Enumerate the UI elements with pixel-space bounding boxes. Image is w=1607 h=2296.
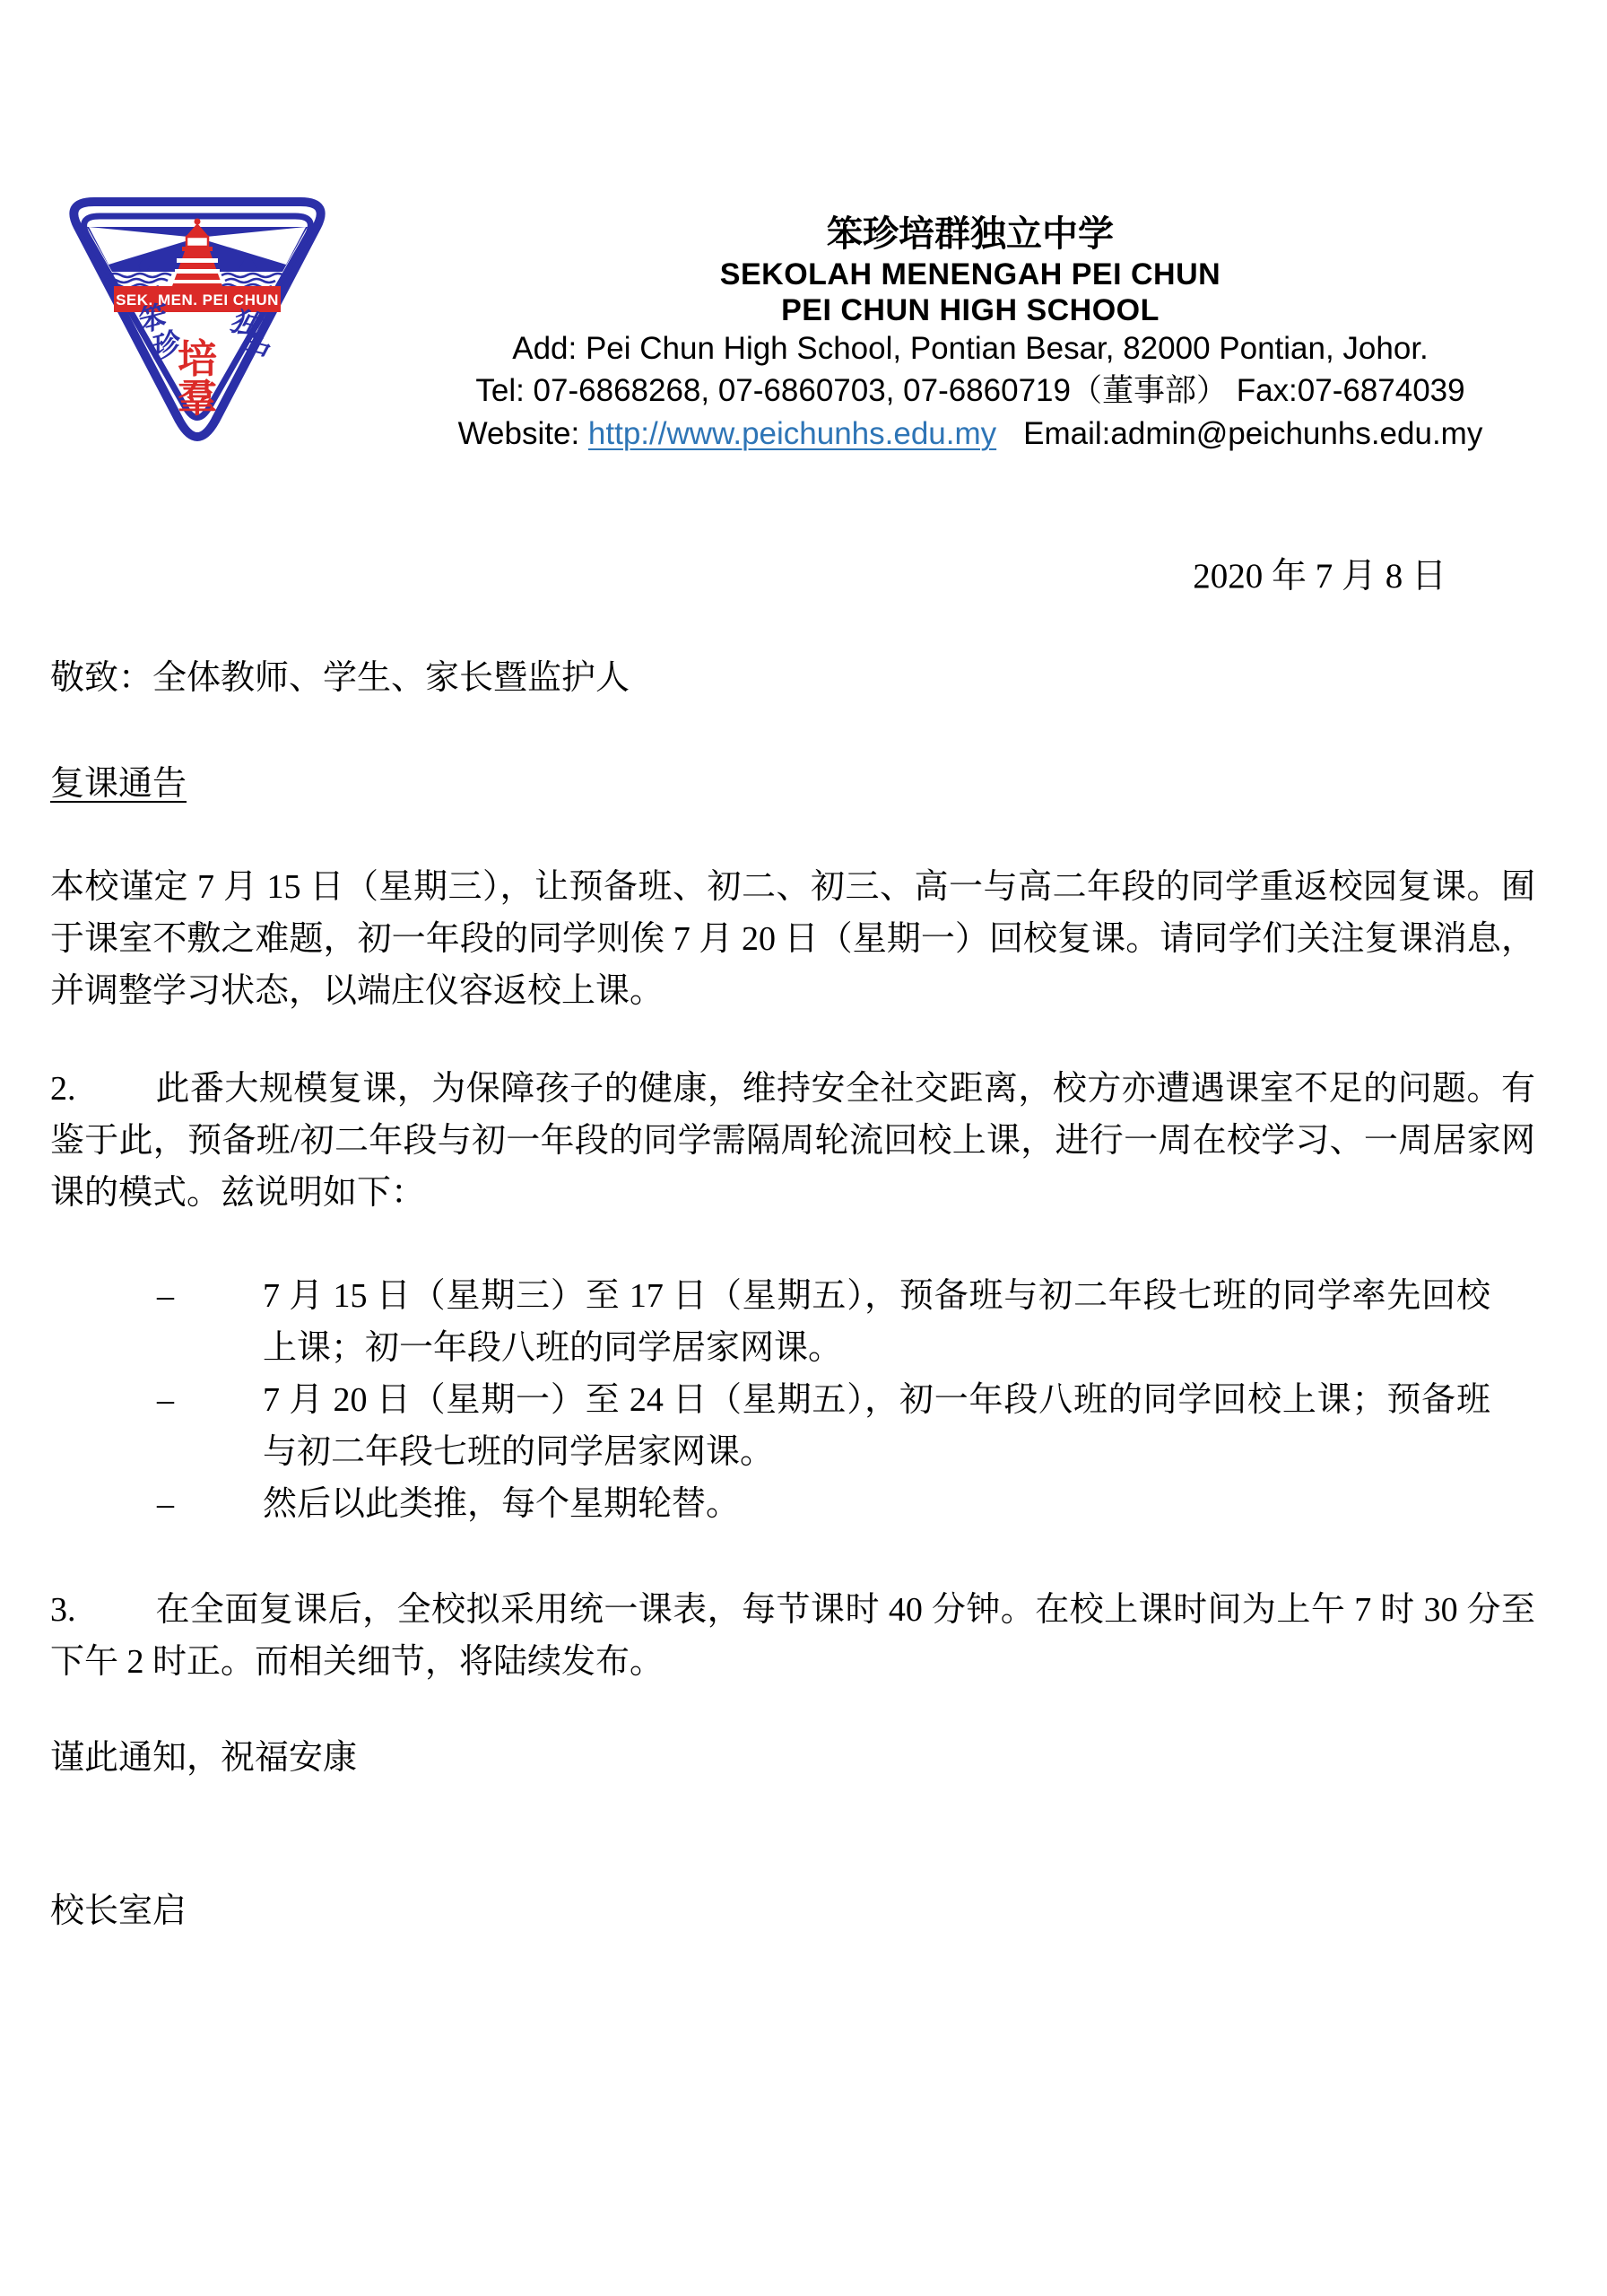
school-name-zh: 笨珍培群独立中学 xyxy=(377,212,1564,257)
schedule-list: – 7 月 15 日（星期三）至 17 日（星期五），预备班与初二年段七班的同学… xyxy=(50,1270,1535,1530)
paragraph-1: 本校谨定 7 月 15 日（星期三），让预备班、初二、初三、高一与高二年段的同学… xyxy=(50,861,1535,1017)
paragraph-3: 3.在全面复课后，全校拟采用统一课表，每节课时 40 分钟。在校上课时间为上午 … xyxy=(50,1584,1535,1688)
telephone-line: Tel: 07-6868268, 07-6860703, 07-6860719（… xyxy=(377,370,1564,412)
bullet-marker: – xyxy=(157,1478,174,1530)
address-line: Add: Pei Chun High School, Pontian Besar… xyxy=(377,328,1564,370)
website-label: Website: xyxy=(458,416,588,451)
paragraph-3-number: 3. xyxy=(50,1584,155,1636)
bullet-text: 7 月 15 日（星期三）至 17 日（星期五），预备班与初二年段七班的同学率先… xyxy=(263,1277,1490,1367)
website-link[interactable]: http://www.peichunhs.edu.my xyxy=(588,416,996,451)
letter-page: SEK. MEN. PEI CHUN 笨 珍 独 中 培 羣 笨珍培群独立中学 … xyxy=(0,0,1607,2296)
website-line: Website: http://www.peichunhs.edu.myEmai… xyxy=(377,412,1564,457)
letter-date: 2020 年 7 月 8 日 xyxy=(1193,551,1446,603)
bullet-marker: – xyxy=(157,1270,174,1322)
closing-note: 谨此通知，祝福安康 xyxy=(50,1732,357,1784)
list-item: – 然后以此类推，每个星期轮替。 xyxy=(50,1478,1535,1530)
school-crest-icon: SEK. MEN. PEI CHUN 笨 珍 独 中 培 羣 xyxy=(53,196,342,457)
list-item: – 7 月 20 日（星期一）至 24 日（星期五），初一年段八班的同学回校上课… xyxy=(50,1374,1535,1478)
school-name-malay: SEKOLAH MENENGAH PEI CHUN xyxy=(377,257,1564,292)
letterhead: 笨珍培群独立中学 SEKOLAH MENENGAH PEI CHUN PEI C… xyxy=(377,212,1564,457)
bullet-marker: – xyxy=(157,1374,174,1426)
paragraph-2: 2.此番大规模复课，为保障孩子的健康，维持安全社交距离，校方亦遭遇课室不足的问题… xyxy=(50,1063,1535,1219)
school-logo: SEK. MEN. PEI CHUN 笨 珍 独 中 培 羣 xyxy=(53,196,342,457)
list-item: – 7 月 15 日（星期三）至 17 日（星期五），预备班与初二年段七班的同学… xyxy=(50,1270,1535,1374)
paragraph-2-text: 此番大规模复课，为保障孩子的健康，维持安全社交距离，校方亦遭遇课室不足的问题。有… xyxy=(50,1070,1535,1212)
email-text: Email:admin@peichunhs.edu.my xyxy=(1023,416,1482,451)
crest-char-center-bottom: 羣 xyxy=(178,376,217,422)
school-name-en: PEI CHUN HIGH SCHOOL xyxy=(377,292,1564,328)
salutation: 敬致：全体教师、学生、家长暨监护人 xyxy=(50,652,630,704)
bullet-text: 7 月 20 日（星期一）至 24 日（星期五），初一年段八班的同学回校上课；预… xyxy=(263,1381,1490,1471)
signoff: 校长室启 xyxy=(50,1885,187,1937)
paragraph-3-text: 在全面复课后，全校拟采用统一课表，每节课时 40 分钟。在校上课时间为上午 7 … xyxy=(50,1591,1535,1681)
subject-title: 复课通告 xyxy=(50,758,187,810)
paragraph-2-number: 2. xyxy=(50,1063,155,1115)
bullet-text: 然后以此类推，每个星期轮替。 xyxy=(263,1485,740,1523)
